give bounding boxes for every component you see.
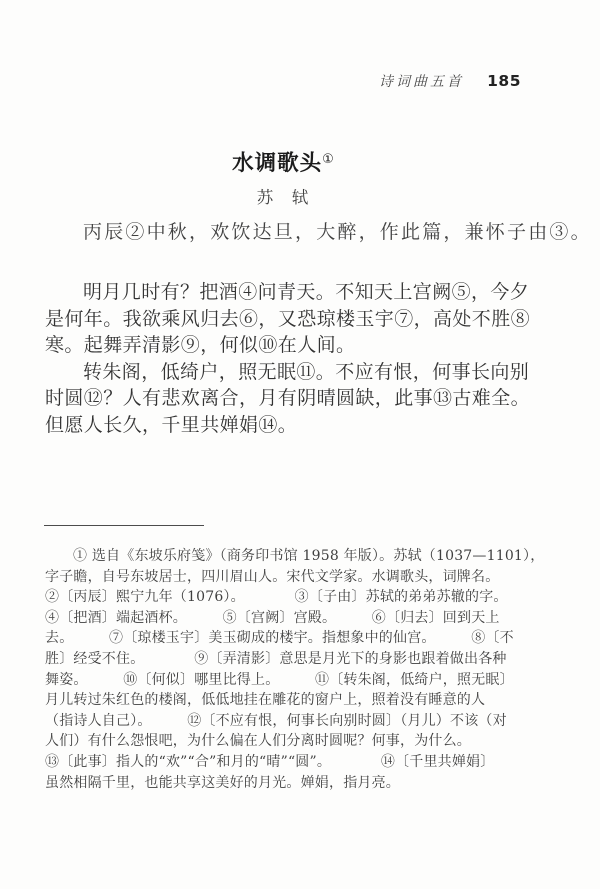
poem-title-text: 水调歌头 bbox=[232, 151, 322, 176]
header-section-title: 诗词曲五首 bbox=[379, 74, 464, 90]
footnote-line: ⑬〔此事〕指人的“欢”“合”和月的“晴”“圆”。 ⑭〔千里共婵娟〕 bbox=[45, 752, 525, 773]
title-footnote-ref: ① bbox=[322, 152, 334, 167]
poem-line: 但愿人长久，千里共婵娟⑭。 bbox=[45, 412, 523, 439]
footnote-line: （指诗人自己）。 ⑫〔不应有恨，何事长向别时圆〕（月儿）不该（对 bbox=[45, 711, 525, 732]
poem-line: 时圆⑫？人有悲欢离合，月有阴晴圆缺，此事⑬古难全。 bbox=[45, 385, 523, 412]
footnote-line: 去。 ⑦〔琼楼玉宇〕美玉砌成的楼宇。指想象中的仙宫。 ⑧〔不 bbox=[45, 628, 525, 649]
poem-line: 是何年。我欲乘风归去⑥，又恐琼楼玉宇⑦，高处不胜⑧ bbox=[45, 306, 523, 333]
header-page-number: 185 bbox=[487, 72, 521, 90]
poem-line: 转朱阁，低绮户，照无眠⑪。不应有恨，何事长向别 bbox=[45, 359, 523, 386]
poem-line: 寒。起舞弄清影⑨，何似⑩在人间。 bbox=[45, 332, 523, 359]
running-header: 诗词曲五首 185 bbox=[45, 71, 521, 91]
footnote-line: ④〔把酒〕端起酒杯。 ⑤〔宫阙〕宫殿。 ⑥〔归去〕回到天上 bbox=[45, 608, 525, 629]
book-page: 诗词曲五首 185 水调歌头① 苏 轼 丙辰②中秋，欢饮达旦，大醉，作此篇，兼怀… bbox=[0, 0, 600, 889]
poem-title: 水调歌头① bbox=[45, 146, 521, 177]
footnote-line: 字子瞻，自号东坡居士，四川眉山人。宋代文学家。水调歌头，词牌名。 bbox=[45, 567, 525, 588]
footnote-line: 月儿转过朱红色的楼阁，低低地挂在雕花的窗户上，照着没有睡意的人 bbox=[45, 690, 525, 711]
footnote-divider-line bbox=[44, 525, 204, 526]
footnote-line: ②〔丙辰〕熙宁九年（1076）。 ③〔子由〕苏轼的弟弟苏辙的字。 bbox=[45, 587, 525, 608]
footnote-line: 人们）有什么怨恨吧，为什么偏在人们分离时圆呢？何事，为什么。 bbox=[45, 731, 525, 752]
footnote-line: 胜〕经受不住。 ⑨〔弄清影〕意思是月光下的身影也跟着做出各种 bbox=[45, 649, 525, 670]
poem-body: 明月几时有？把酒④问青天。不知天上宫阙⑤，今夕 是何年。我欲乘风归去⑥，又恐琼楼… bbox=[45, 279, 523, 439]
footnote-line: 舞姿。 ⑩〔何似〕哪里比得上。 ⑪〔转朱阁，低绮户，照无眠〕 bbox=[45, 670, 525, 691]
poem-preface: 丙辰②中秋，欢饮达旦，大醉，作此篇，兼怀子由③。 bbox=[45, 220, 593, 245]
footnote-line: ① 选自《东坡乐府笺》（商务印书馆 1958 年版）。苏轼（1037—1101）… bbox=[45, 546, 525, 567]
poem-author: 苏 轼 bbox=[45, 184, 521, 208]
footnote-line: 虽然相隔千里，也能共享这美好的月光。婵娟，指月亮。 bbox=[45, 773, 525, 794]
footnotes: ① 选自《东坡乐府笺》（商务印书馆 1958 年版）。苏轼（1037—1101）… bbox=[45, 546, 525, 793]
poem-line: 明月几时有？把酒④问青天。不知天上宫阙⑤，今夕 bbox=[45, 279, 523, 306]
